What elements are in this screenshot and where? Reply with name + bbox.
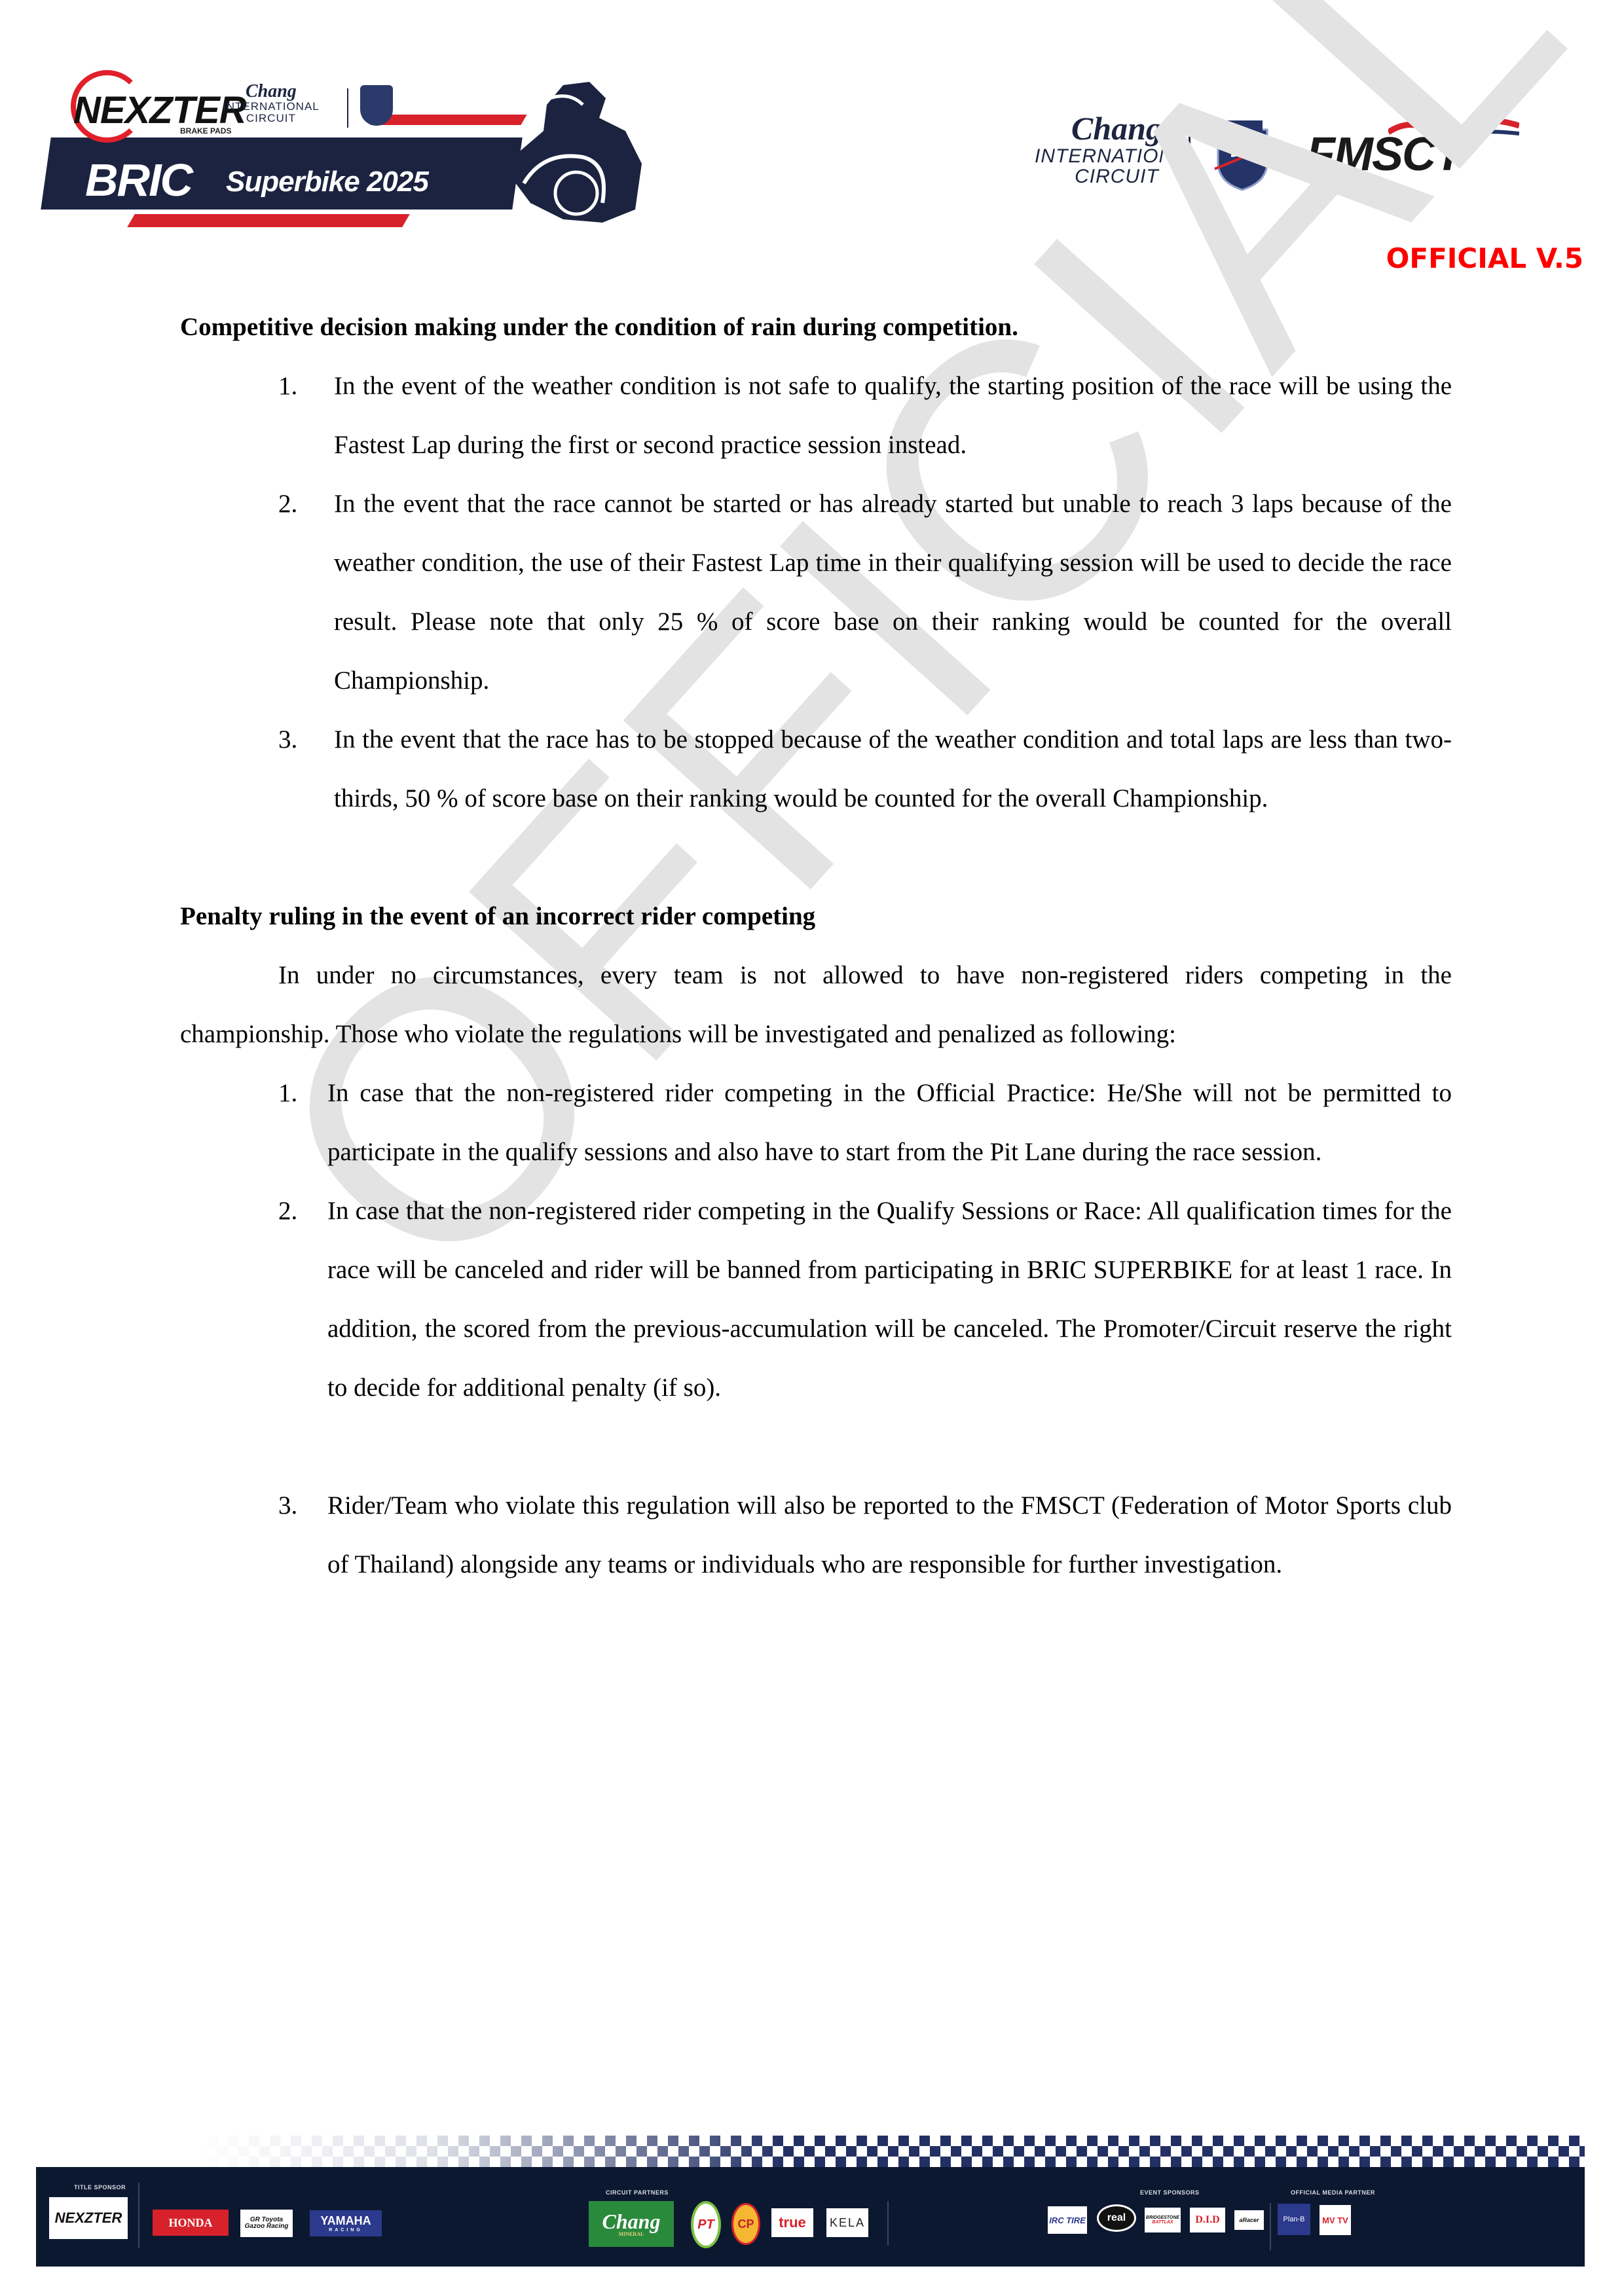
- list-number: 1.: [278, 357, 297, 416]
- nexzter-subtitle: BRAKE PADS: [180, 126, 231, 136]
- irc-tire-logo: IRC TIRE: [1048, 2206, 1087, 2234]
- aracer-logo: aRacer: [1234, 2210, 1264, 2230]
- rain-section-title: Competitive decision making under the co…: [180, 298, 1452, 357]
- penalty-rules-list: 1.In case that the non-registered rider …: [180, 1064, 1452, 1594]
- partner-logos-header: Chang INTERNATIONAL CIRCUIT FMSCT: [1022, 111, 1598, 223]
- rain-rules-list: 1.In the event of the weather condition …: [180, 357, 1452, 828]
- honda-logo: HONDA: [153, 2210, 229, 2236]
- chang-mineral-logo: Chang MINERAL: [589, 2201, 674, 2247]
- list-number: 3.: [278, 1476, 297, 1535]
- list-item: 1.In case that the non-registered rider …: [180, 1064, 1452, 1182]
- nexzter-sponsor-logo: NEXZTER: [49, 2197, 128, 2239]
- red-streak-decoration: [127, 214, 410, 227]
- sponsor-footer: TITLE SPONSOR NEXZTER HONDA GR Toyota Ga…: [36, 2167, 1585, 2267]
- did-logo: D.I.D: [1190, 2208, 1225, 2232]
- media-partner-label: OFFICIAL MEDIA PARTNER: [1291, 2189, 1375, 2196]
- event-sponsors-label: EVENT SPONSORS: [1140, 2189, 1200, 2196]
- buriram-crest-icon: [1211, 117, 1274, 192]
- thai-flag-ribbon-icon: [1388, 119, 1519, 139]
- list-item-text: In the event that the race cannot be sta…: [334, 490, 1452, 695]
- list-item-text: In the event that the race has to be sto…: [334, 725, 1452, 812]
- list-item-text: In case that the non-registered rider co…: [327, 1079, 1452, 1166]
- true-logo: true: [771, 2208, 813, 2237]
- footer-divider: [887, 2201, 889, 2246]
- mv-tv-logo: MV TV: [1319, 2205, 1351, 2235]
- toyota-gazoo-racing-logo: GR Toyota Gazoo Racing: [240, 2210, 293, 2237]
- circuit-partners-label: CIRCUIT PARTNERS: [606, 2189, 669, 2196]
- list-item: 2.In the event that the race cannot be s…: [180, 475, 1452, 710]
- penalty-section-title: Penalty ruling in the event of an incorr…: [180, 887, 1452, 946]
- spacer: [180, 828, 1452, 887]
- list-number: 2.: [278, 475, 297, 534]
- plan-b-logo: Plan-B: [1278, 2204, 1310, 2235]
- list-number: 1.: [278, 1064, 297, 1123]
- list-item-text: Rider/Team who violate this regulation w…: [327, 1491, 1452, 1578]
- bric-superbike-logo: NEXZTER BRAKE PADS Chang INTERNATIONAL C…: [33, 62, 655, 219]
- real-logo: real: [1097, 2204, 1136, 2232]
- list-number: 3.: [278, 710, 297, 769]
- cp-logo: CP: [731, 2203, 760, 2245]
- list-item: 1.In the event of the weather condition …: [180, 357, 1452, 475]
- bric-wordmark: BRIC: [85, 154, 192, 206]
- superbike-2025-wordmark: Superbike 2025: [226, 166, 428, 198]
- checkered-fade: [196, 2136, 786, 2167]
- list-item: 3.Rider/Team who violate this regulation…: [180, 1476, 1452, 1594]
- kela-logo: KELA: [826, 2208, 868, 2237]
- version-tag: OFFICIAL V.5: [1386, 242, 1583, 274]
- list-item-text: In the event of the weather condition is…: [334, 372, 1452, 459]
- logo-divider: [1189, 118, 1190, 190]
- chang-international-circuit-logo: Chang INTERNATIONAL CIRCUIT: [1035, 111, 1199, 187]
- list-item-text: In case that the non-registered rider co…: [327, 1197, 1452, 1402]
- document-body: Competitive decision making under the co…: [180, 298, 1452, 1594]
- logo-divider: [347, 88, 348, 128]
- list-item: 3.In the event that the race has to be s…: [180, 710, 1452, 828]
- motorcycle-rider-icon: [485, 79, 648, 226]
- buriram-crest-icon: [360, 85, 393, 126]
- penalty-intro-paragraph: In under no circumstances, every team is…: [180, 946, 1452, 1064]
- footer-divider: [1270, 2203, 1271, 2250]
- list-number: 2.: [278, 1182, 297, 1241]
- nexzter-wordmark: NEXZTER: [73, 88, 246, 132]
- bridgestone-battlax-logo: BRIDGESTONE BATTLAX: [1145, 2208, 1181, 2232]
- yamaha-racing-logo: YAMAHA RACING: [310, 2210, 382, 2236]
- pt-logo: PT: [691, 2201, 721, 2248]
- list-item: 2.In case that the non-registered rider …: [180, 1182, 1452, 1417]
- footer-divider: [138, 2183, 139, 2248]
- chang-circuit-small-logo: Chang INTERNATIONAL CIRCUIT: [223, 82, 320, 124]
- spacer: [180, 1417, 1452, 1476]
- title-sponsor-label: TITLE SPONSOR: [74, 2184, 126, 2191]
